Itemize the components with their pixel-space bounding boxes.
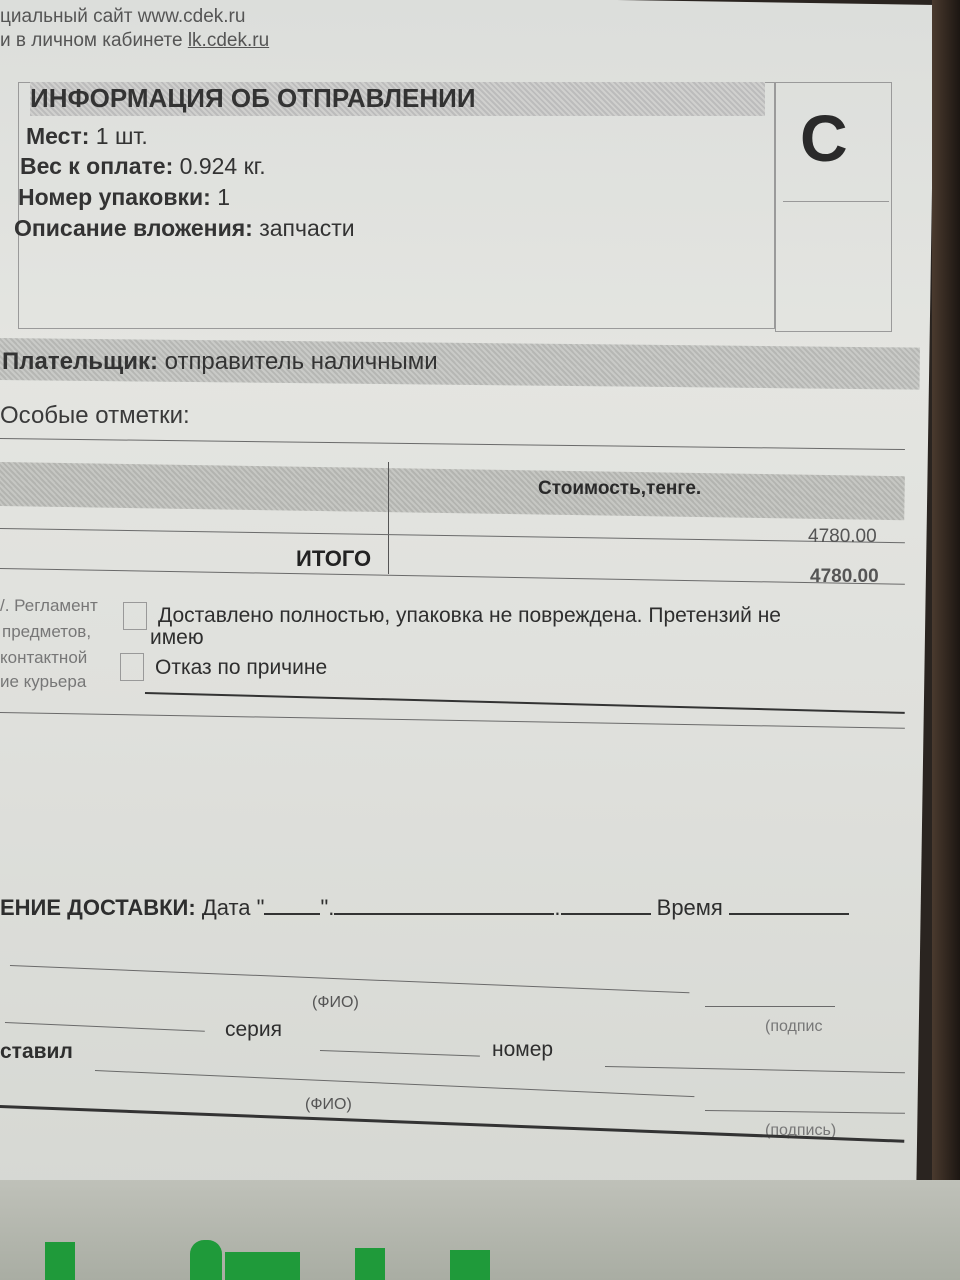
left-note-2: предметов,: [2, 622, 91, 642]
series-label: серия: [225, 1018, 282, 1042]
payer-value: отправитель наличными: [165, 348, 438, 375]
fio-label-2: (ФИО): [305, 1096, 352, 1114]
date-sep: .: [554, 895, 560, 920]
delivered-by-label: ставил: [0, 1040, 73, 1064]
date-quote-close: ".: [320, 895, 334, 920]
date-label: Дата: [202, 895, 251, 920]
special-marks-label: Особые отметки:: [0, 402, 190, 430]
time-blank[interactable]: [729, 913, 849, 915]
cost-table-divider: [388, 462, 389, 574]
delivery-confirmation-row: ЕНИЕ ДОСТАВКИ: Дата "".. Время: [0, 895, 849, 921]
delivery-confirmation-title: ЕНИЕ ДОСТАВКИ:: [0, 895, 196, 920]
cost-value: 4780.00: [808, 526, 877, 548]
category-box-lower: [783, 201, 889, 322]
total-value: 4780.00: [810, 566, 879, 588]
recipient-signature-line[interactable]: [705, 1006, 835, 1007]
date-year-blank[interactable]: [561, 913, 651, 915]
refusal-label: Отказ по причине: [155, 656, 327, 680]
places-row: Мест: 1 шт.: [26, 123, 148, 150]
cabinet-line: и в личном кабинете lk.cdek.ru: [0, 30, 269, 52]
delivered-ok-checkbox[interactable]: [123, 602, 147, 630]
weight-label: Вес к оплате:: [20, 153, 173, 179]
left-note-1: /. Регламент: [0, 596, 98, 616]
date-quote-open: ": [257, 895, 265, 920]
number-label: номер: [492, 1038, 553, 1062]
weight-value: 0.924 кг.: [180, 153, 266, 179]
cost-column-header: Стоимость,тенге.: [538, 478, 701, 500]
delivered-ok-label-cont: имею: [150, 626, 204, 650]
background-edge: [932, 0, 960, 1280]
fio-label-1: (ФИО): [312, 994, 359, 1012]
package-number-value: 1: [217, 184, 230, 210]
left-note-3: контактной: [0, 648, 87, 668]
total-label: ИТОГО: [296, 546, 371, 572]
shipment-info-title: ИНФОРМАЦИЯ ОБ ОТПРАВЛЕНИИ: [30, 83, 476, 114]
cabinet-link[interactable]: lk.cdek.ru: [188, 30, 269, 51]
contents-label: Описание вложения:: [14, 215, 253, 241]
date-month-blank[interactable]: [334, 913, 554, 915]
refusal-checkbox[interactable]: [120, 653, 144, 681]
delivered-ok-label: Доставлено полностью, упаковка не повреж…: [158, 604, 781, 628]
date-day-blank[interactable]: [264, 913, 320, 915]
category-letter: C: [800, 100, 848, 176]
weight-row: Вес к оплате: 0.924 кг.: [20, 153, 266, 180]
cabinet-prefix: и в личном кабинете: [0, 30, 183, 51]
payer-label: Плательщик:: [2, 348, 158, 375]
package-number-label: Номер упаковки:: [18, 184, 211, 210]
signature-label-1: (подпис: [765, 1018, 822, 1036]
places-value: 1 шт.: [96, 123, 148, 149]
left-note-4: ие курьера: [0, 672, 86, 692]
package-bag: [0, 1180, 960, 1280]
official-site-line: циальный сайт www.cdek.ru: [0, 6, 245, 28]
time-label: Время: [657, 895, 723, 920]
contents-value: запчасти: [259, 215, 354, 241]
contents-row: Описание вложения: запчасти: [14, 215, 355, 242]
payer-row: Плательщик: отправитель наличными: [2, 348, 438, 376]
places-label: Мест:: [26, 123, 89, 149]
package-number-row: Номер упаковки: 1: [18, 184, 230, 211]
